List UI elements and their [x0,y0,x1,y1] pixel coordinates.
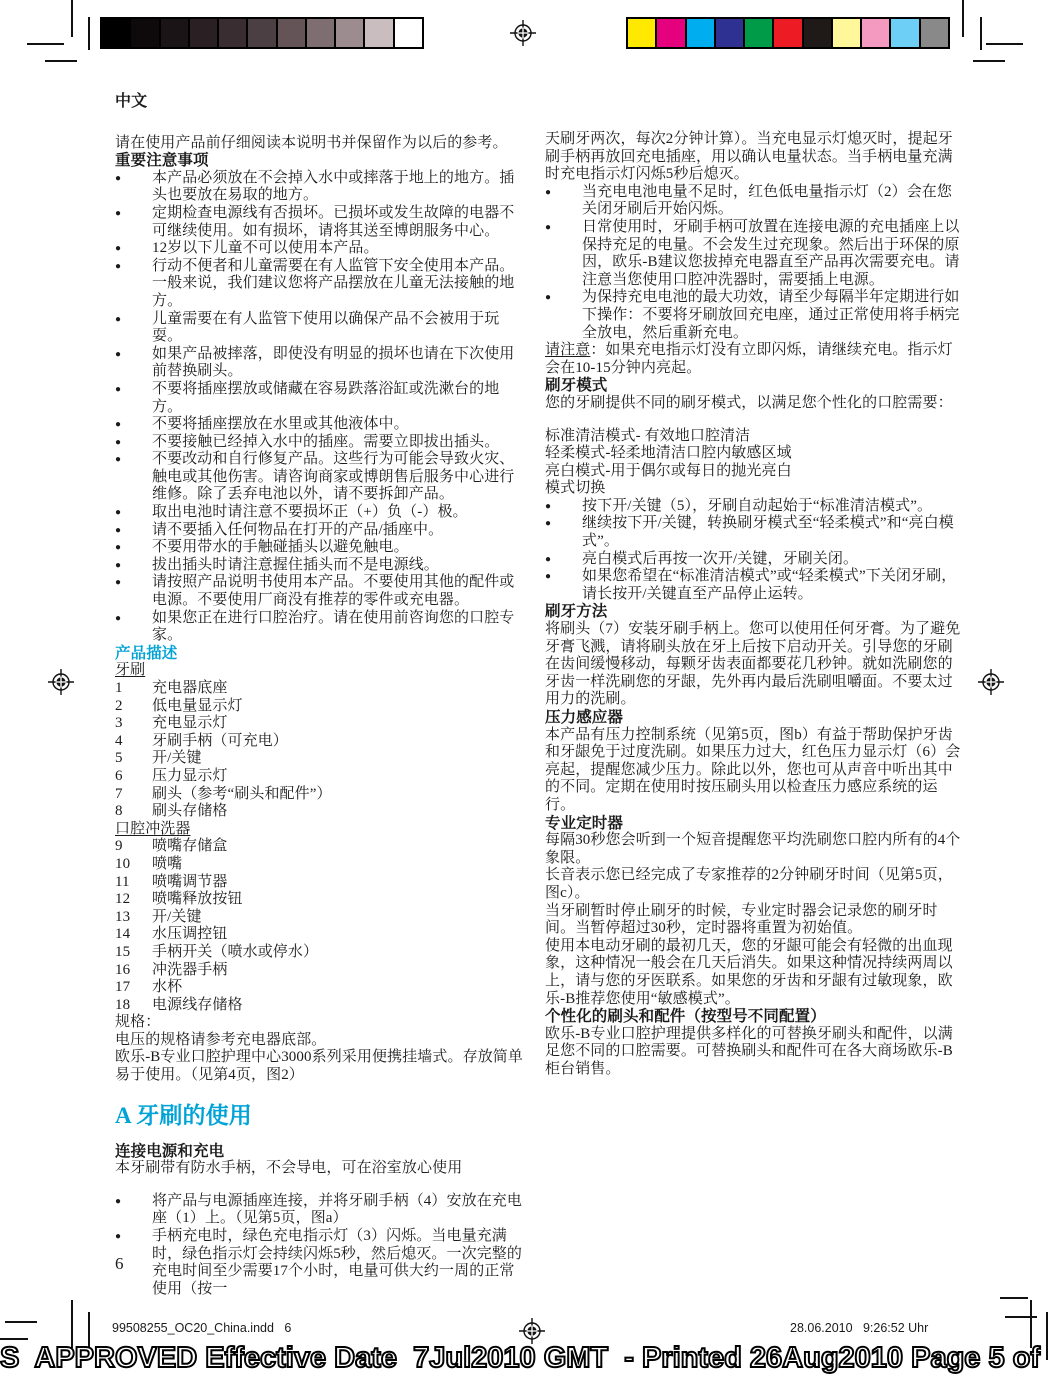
bullet-icon: ● [545,568,582,603]
list-item: ● 请不要插入任何物品在打开的产品/插座中。 [115,522,529,540]
part-label: 喷嘴存储盒 [152,838,529,856]
charging-continuation: 天刷牙两次，每次2分钟计算）。当充电显示灯熄灭时，提起牙刷手柄再放回充电插座，用… [545,131,962,184]
modes-list: 标准清洁模式- 有效地口腔清洁 轻柔模式-轻柔地清洁口腔内敏感区域 亮白模式-用… [545,428,962,498]
bullet-icon: ● [115,504,152,522]
list-item: 5 开/关键 [115,750,529,768]
list-item: 16 冲洗器手柄 [115,962,529,980]
irrigator-parts-list: 9 喷嘴存储盒 10 喷嘴 11 喷嘴调节器 12 喷嘴释放按钮 [115,838,529,1014]
color-swatch [716,19,743,47]
important-bullet-list: ● 本产品必须放在不会掉入水中或摔落于地上的地方。插头也要放在易取的地方。 ● … [115,170,529,645]
list-item: ● 拔出插头时请注意握住插头而不是电源线。 [115,557,529,575]
color-swatch [804,19,831,47]
toothbrush-parts-list: 1 充电器底座 2 低电量显示灯 3 充电显示灯 4 牙刷手柄（可充电） [115,680,529,821]
registration-mark-icon [978,669,1004,695]
mode-line: 轻柔模式-轻柔地清洁口腔内敏感区域 [545,445,962,463]
modes-bullet-list: ● 按下开/关键（5），牙刷自动起始于“标准清洁模式”。 ● 继续按下开/关键，… [545,498,962,604]
gray-swatch [190,19,217,47]
list-item: 6 压力显示灯 [115,768,529,786]
part-number: 7 [115,786,152,804]
gray-swatch [395,19,422,47]
part-number: 16 [115,962,152,980]
part-number: 6 [115,768,152,786]
list-item: 1 充电器底座 [115,680,529,698]
list-item: ● 当充电电池电量不足时，红色低电量指示灯（2）会在您关闭牙刷后开始闪烁。 [545,184,962,219]
important-notes-heading: 重要注意事项 [115,152,529,170]
charging-intro: 本牙刷带有防水手柄，不会导电，可在浴室放心使用 [115,1160,529,1178]
list-item: 12 喷嘴释放按钮 [115,891,529,909]
part-label: 刷头存储格 [152,803,529,821]
list-item: ● 不要将插座摆放在水里或其他液体中。 [115,416,529,434]
bullet-icon: ● [115,610,152,645]
language-label: 中文 [115,93,529,111]
modes-heading: 刷牙模式 [545,377,962,395]
part-label: 充电器底座 [152,680,529,698]
crop-mark [986,43,1023,45]
bullet-icon: ● [115,258,152,311]
part-label: 开/关键 [152,909,529,927]
bullet-icon: ● [115,451,152,504]
bullet-icon: ● [115,1193,152,1228]
brushing-heading: 刷牙方法 [545,603,962,621]
bullet-icon: ● [115,434,152,452]
toothbrush-label: 牙刷 [115,662,529,680]
part-label: 充电显示灯 [152,715,529,733]
bullet-icon: ● [115,557,152,575]
part-number: 12 [115,891,152,909]
registration-mark-icon [48,669,74,695]
list-item: ● 不要将插座摆放或储藏在容易跌落浴缸或洗漱台的地方。 [115,381,529,416]
part-label: 水压调控钮 [152,926,529,944]
color-swatch [862,19,889,47]
color-swatch [833,19,860,47]
bullet-icon: ● [115,311,152,346]
part-label: 冲洗器手柄 [152,962,529,980]
list-item: 10 喷嘴 [115,856,529,874]
mode-line: 标准清洁模式- 有效地口腔清洁 [545,428,962,446]
pressure-text: 本产品有压力控制系统（见第5页，图b）有益于帮助保护牙齿和牙龈免于过度洗刷。如果… [545,727,962,815]
crop-mark [27,43,64,45]
part-number: 10 [115,856,152,874]
list-item: ● 按下开/关键（5），牙刷自动起始于“标准清洁模式”。 [545,498,962,516]
bullet-icon: ● [545,289,582,342]
bullet-icon: ● [115,170,152,205]
gray-swatch [102,19,129,47]
bullet-icon: ● [545,219,582,289]
irrigator-label: 口腔冲洗器 [115,821,529,839]
part-label: 牙刷手柄（可充电） [152,733,529,751]
color-swatch [774,19,801,47]
page-number: 6 [115,1254,124,1274]
part-label: 低电量显示灯 [152,698,529,716]
registration-mark-icon [510,20,536,46]
bullet-icon: ● [115,205,152,240]
bullet-icon: ● [545,498,582,516]
part-label: 水杯 [152,979,529,997]
crop-mark [973,60,1005,62]
part-label: 手柄开关（喷水或停水） [152,944,529,962]
color-swatch [657,19,684,47]
list-item: ● 手柄充电时，绿色充电指示灯（3）闪烁。当电量充满时，绿色指示灯会持续闪烁5秒… [115,1228,529,1298]
list-item: ● 不要改动和自行修复产品。这些行为可能会导致火灾、触电或其他伤害。请咨询商家或… [115,451,529,504]
part-label: 电源线存储格 [152,997,529,1015]
list-item: 3 充电显示灯 [115,715,529,733]
list-item: 7 刷头（参考“刷头和配件”） [115,786,529,804]
list-item: ● 如果您正在进行口腔治疗。请在使用前咨询您的口腔专家。 [115,610,529,645]
note-label: 请注意 [545,342,590,358]
part-number: 8 [115,803,152,821]
spec-text: 电压的规格请参考充电器底部。 [115,1032,529,1050]
part-label: 开/关键 [152,750,529,768]
color-calibration-bar [626,17,950,49]
list-item: 14 水压调控钮 [115,926,529,944]
section-a-heading: A 牙刷的使用 [115,1103,529,1129]
pressure-heading: 压力感应器 [545,709,962,727]
spec-label: 规格： [115,1014,529,1032]
timer-text-2: 长音表示您已经完成了专家推荐的2分钟刷牙时间（见第5页，图c）。 [545,867,962,902]
timer-text-3: 当牙刷暂时停止刷牙的时候，专业定时器会记录您的刷牙时间。当暂停超过30秒，定时器… [545,903,962,938]
part-label: 刷头（参考“刷头和配件”） [152,786,529,804]
color-swatch [745,19,772,47]
list-item: ● 日常使用时，牙刷手柄可放置在连接电源的充电插座上以保持充足的电量。不会发生过… [545,219,962,289]
list-item: 13 开/关键 [115,909,529,927]
list-item: ● 如果您希望在“标准清洁模式”或“轻柔模式”下关闭牙刷，请长按开/关键直至产品… [545,568,962,603]
bullet-icon: ● [115,240,152,258]
part-number: 1 [115,680,152,698]
list-item: 18 电源线存储格 [115,997,529,1015]
bullet-icon: ● [115,346,152,381]
intro-paragraph: 请在使用产品前仔细阅读本说明书并保留作为以后的参考。 [115,135,529,153]
part-number: 15 [115,944,152,962]
part-number: 2 [115,698,152,716]
gray-swatch [365,19,392,47]
color-swatch [687,19,714,47]
part-number: 3 [115,715,152,733]
note-text: ：如果充电指示灯没有立即闪烁，请继续充电。指示灯会在10-15分钟内亮起。 [545,342,953,376]
gray-swatch [307,19,334,47]
bullet-icon: ● [115,416,152,434]
part-number: 9 [115,838,152,856]
part-number: 13 [115,909,152,927]
gray-swatch [161,19,188,47]
mode-line: 亮白模式-用于偶尔或每日的抛光亮白 [545,463,962,481]
list-item: ● 继续按下开/关键，转换刷牙模式至“轻柔模式”和“亮白模式”。 [545,515,962,550]
list-item: ● 12岁以下儿童不可以使用本产品。 [115,240,529,258]
list-item: ● 不要接触已经掉入水中的插座。需要立即拔出插头。 [115,434,529,452]
wall-mount-paragraph: 欧乐-B专业口腔护理中心3000系列采用便携挂墙式。存放简单易于使用。（见第4页… [115,1049,529,1084]
list-item: ● 为保持充电电池的最大功效，请至少每隔半年定期进行如下操作：不要将牙刷放回充电… [545,289,962,342]
list-item: ● 将产品与电源插座连接，并将牙刷手柄（4）安放在充电座（1）上。（见第5页，图… [115,1193,529,1228]
bullet-icon: ● [115,381,152,416]
part-number: 14 [115,926,152,944]
gray-swatch [219,19,246,47]
note-paragraph: 请注意：如果充电指示灯没有立即闪烁，请继续充电。指示灯会在10-15分钟内亮起。 [545,342,962,377]
crop-mark [5,1321,37,1323]
crop-mark [88,17,90,50]
bullet-icon: ● [115,522,152,540]
charging-heading: 连接电源和充电 [115,1143,529,1161]
part-label: 喷嘴释放按钮 [152,891,529,909]
mode-line: 模式切换 [545,480,962,498]
list-item: ● 不要用带水的手触碰插头以避免触电。 [115,539,529,557]
list-item: 8 刷头存储格 [115,803,529,821]
color-swatch [628,19,655,47]
bullet-icon: ● [545,184,582,219]
part-number: 18 [115,997,152,1015]
charging-bullet-list: ● 将产品与电源插座连接，并将牙刷手柄（4）安放在充电座（1）上。（见第5页，图… [115,1193,529,1299]
bullet-icon: ● [545,551,582,569]
list-item: 4 牙刷手柄（可充电） [115,733,529,751]
crop-mark [962,0,964,37]
print-timestamp: 28.06.2010 9:26:52 Uhr [790,1321,928,1335]
gray-swatch [248,19,275,47]
list-item: 17 水杯 [115,979,529,997]
heads-text: 欧乐-B专业口腔护理提供多样化的可替换牙刷头和配件，以满足您不同的口腔需要。可替… [545,1026,962,1079]
right-column: 天刷牙两次，每次2分钟计算）。当充电显示灯熄灭时，提起牙刷手柄再放回充电插座，用… [545,131,962,1078]
color-swatch [891,19,918,47]
list-item: ● 行动不便者和儿童需要在有人监管下安全使用本产品。一般来说，我们建议您将产品摆… [115,258,529,311]
gray-swatch [278,19,305,47]
gray-swatch [336,19,363,47]
crop-mark [0,1338,28,1340]
left-column: 中文 请在使用产品前仔细阅读本说明书并保留作为以后的参考。 重要注意事项 ● 本… [115,93,529,1298]
list-item: ● 取出电池时请注意不要损坏正（+）负（-）极。 [115,504,529,522]
list-item: ● 本产品必须放在不会掉入水中或摔落于地上的地方。插头也要放在易取的地方。 [115,170,529,205]
list-item: ● 如果产品被摔落，即使没有明显的损坏也请在下次使用前替换刷头。 [115,346,529,381]
part-number: 11 [115,874,152,892]
part-label: 喷嘴 [152,856,529,874]
list-item: 2 低电量显示灯 [115,698,529,716]
list-item: 15 手柄开关（喷水或停水） [115,944,529,962]
part-number: 17 [115,979,152,997]
manual-page: 中文 请在使用产品前仔细阅读本说明书并保留作为以后的参考。 重要注意事项 ● 本… [0,0,1050,1381]
part-label: 压力显示灯 [152,768,529,786]
brushing-text: 将刷头（7）安装牙刷手柄上。您可以使用任何牙膏。为了避免牙膏飞溅，请将刷头放在牙… [545,621,962,709]
color-swatch [921,19,948,47]
bullet-icon: ● [545,515,582,550]
product-description-heading: 产品描述 [115,645,529,663]
list-item: ● 亮白模式后再按一次开/关键，牙刷关闭。 [545,551,962,569]
part-number: 5 [115,750,152,768]
bullet-icon: ● [115,574,152,609]
charging-bullet-list: ● 当充电电池电量不足时，红色低电量指示灯（2）会在您关闭牙刷后开始闪烁。 ● … [545,184,962,342]
list-item: 11 喷嘴调节器 [115,874,529,892]
modes-intro: 您的牙刷提供不同的刷牙模式，以满足您个性化的口腔需要： [545,395,962,413]
file-info: 99508255_OC20_China.indd 6 [112,1321,291,1335]
crop-mark [980,17,982,50]
list-item: 9 喷嘴存储盒 [115,838,529,856]
gray-swatch [131,19,158,47]
timer-text-1: 每隔30秒您会听到一个短音提醒您平均洗刷您口腔内所有的4个象限。 [545,832,962,867]
crop-mark [1000,1297,1028,1299]
approval-stamp: S APPROVED Effective Date 7Jul2010 GMT -… [0,1341,1050,1375]
list-item: ● 请按照产品说明书使用本产品。不要使用其他的配件或电源。不要使用厂商没有推荐的… [115,574,529,609]
part-number: 4 [115,733,152,751]
crop-mark [1005,1316,1037,1318]
bullet-icon: ● [115,539,152,557]
part-label: 喷嘴调节器 [152,874,529,892]
grayscale-calibration-bar [100,17,424,49]
list-item: ● 定期检查电源线有否损坏。已损坏或发生故障的电器不可继续使用。如有损坏，请将其… [115,205,529,240]
timer-heading: 专业定时器 [545,815,962,833]
crop-mark [71,0,73,37]
crop-mark [45,60,77,62]
list-item: ● 儿童需要在有人监管下使用以确保产品不会被用于玩耍。 [115,311,529,346]
heads-heading: 个性化的刷头和配件（按型号不同配置） [545,1008,962,1026]
gums-paragraph: 使用本电动牙刷的最初几天，您的牙龈可能会有轻微的出血现象，这种情况一般会在几天后… [545,938,962,1008]
